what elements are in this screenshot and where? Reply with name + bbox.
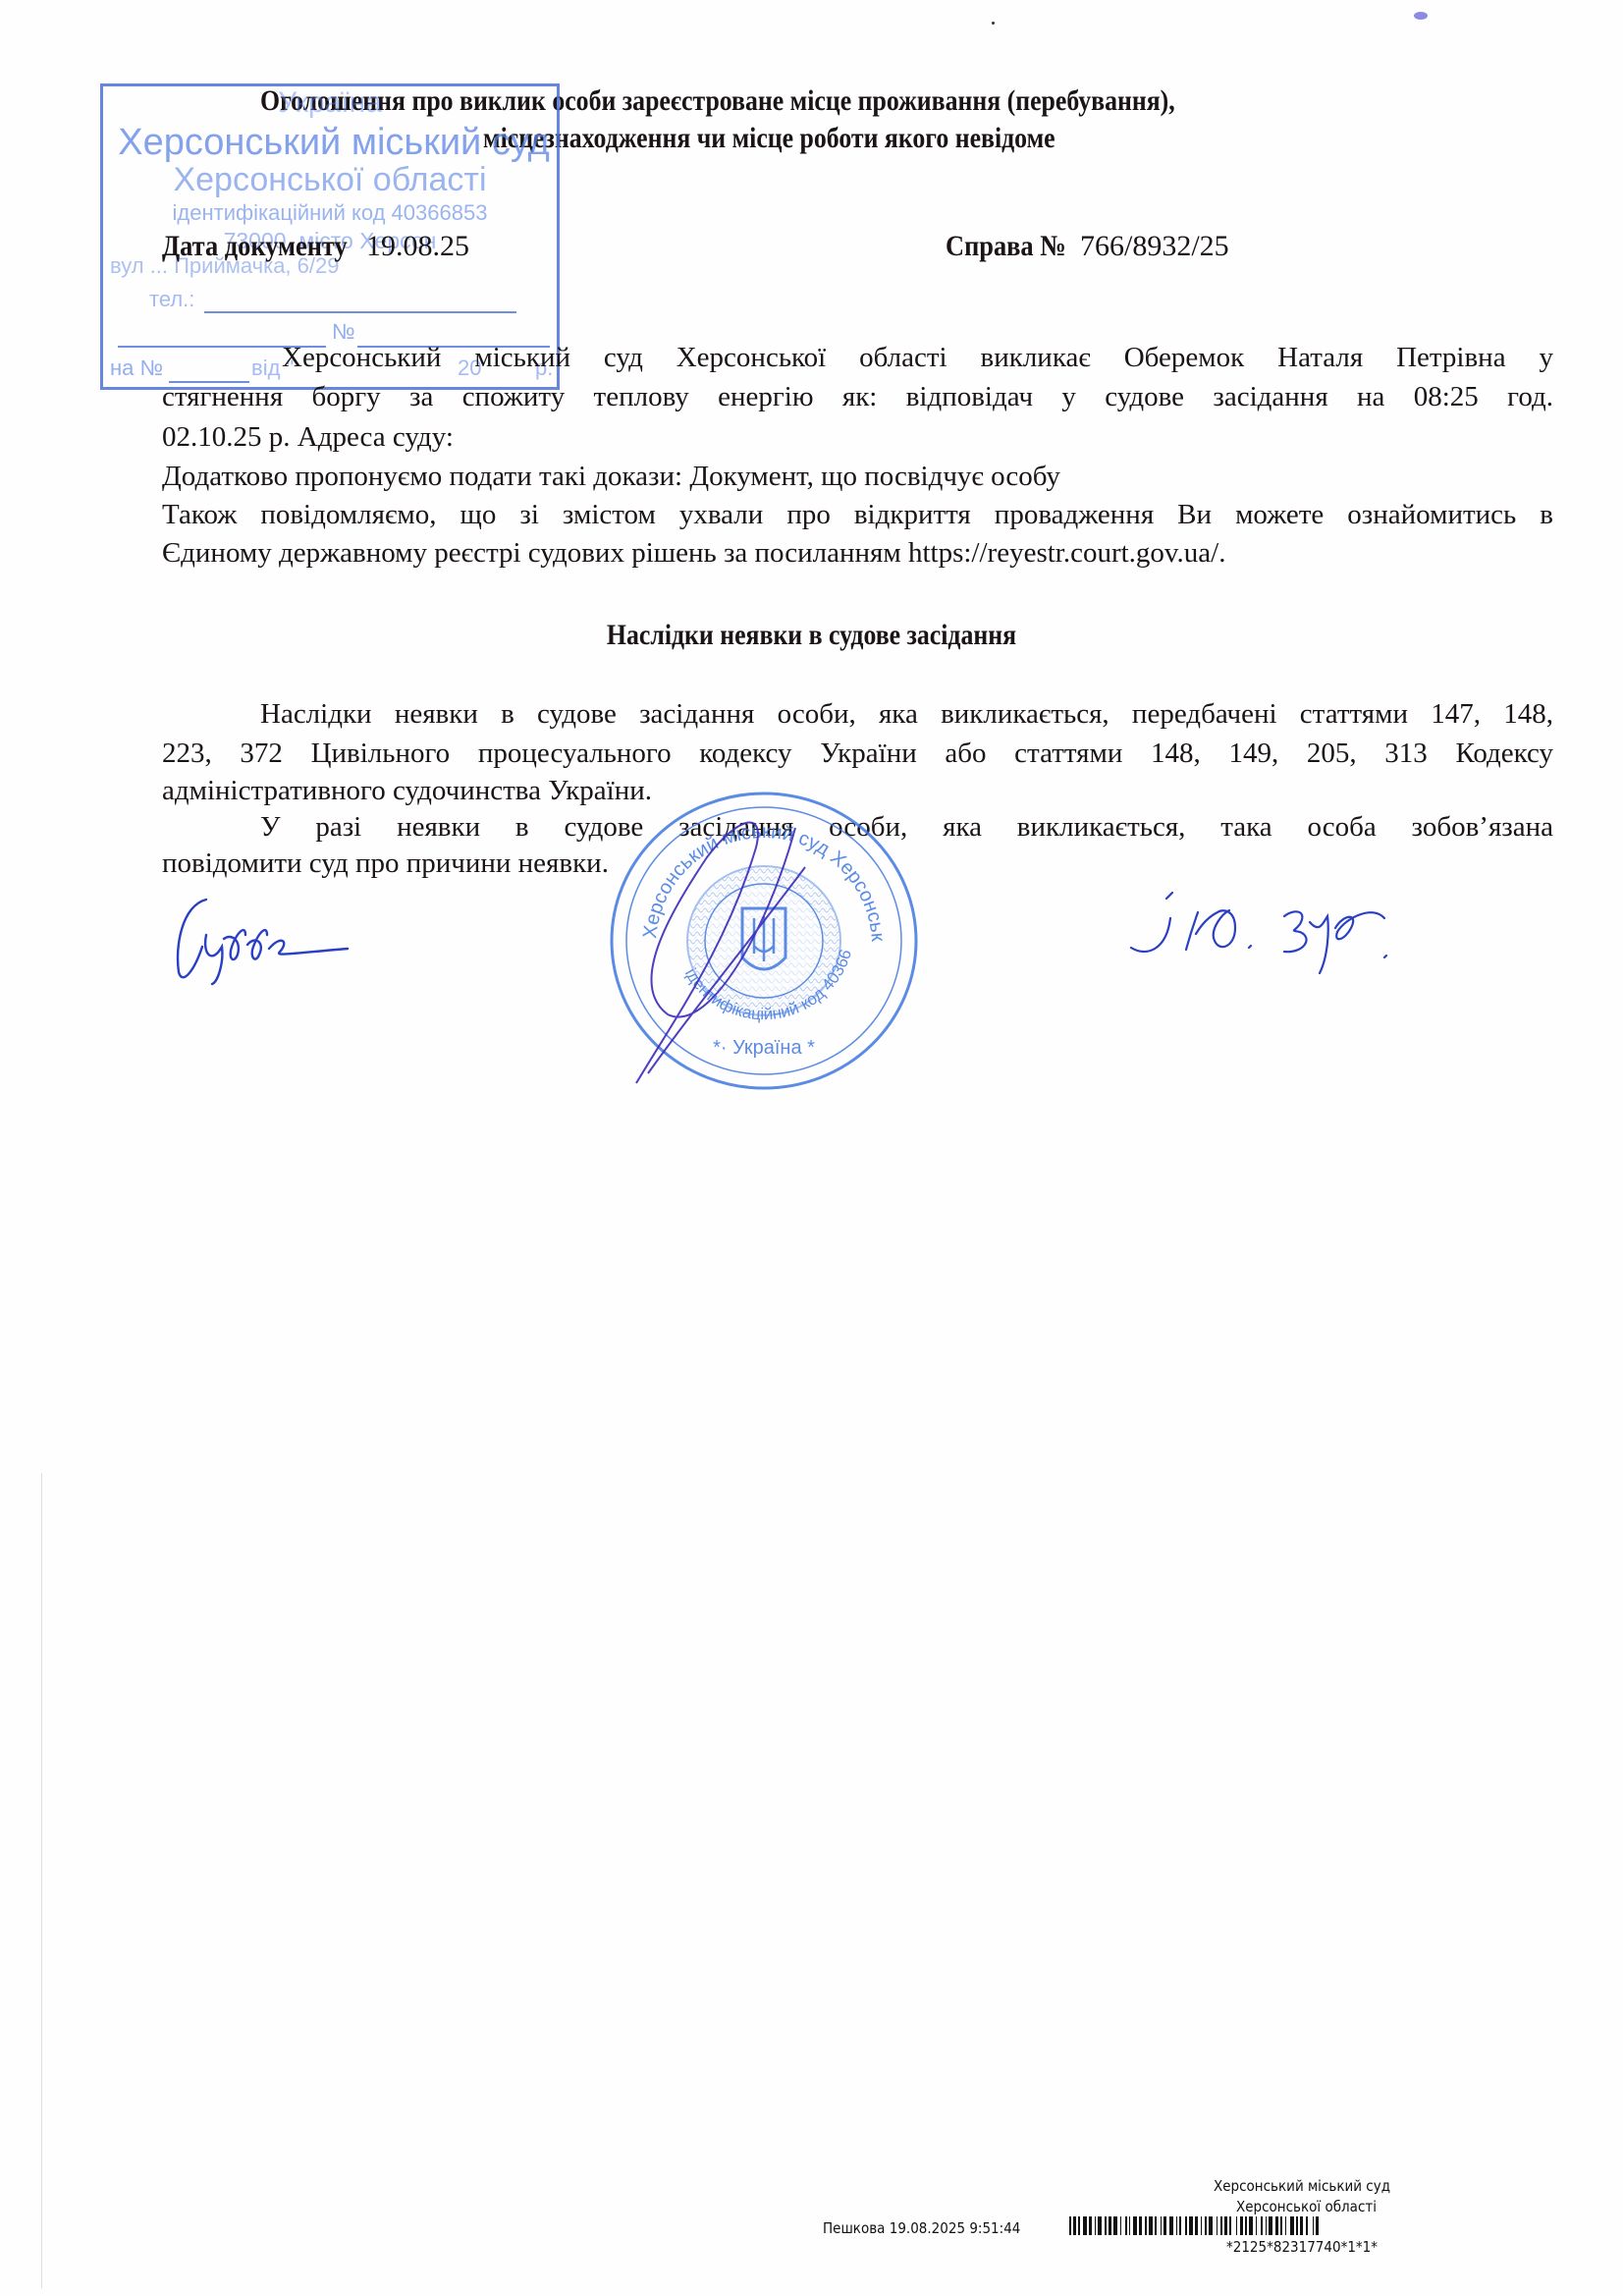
svg-text:*· Україна *: *· Україна * (713, 1037, 815, 1059)
court-seal: Херсонський міський суд Херсонської обла… (609, 789, 919, 1093)
document-page: Оголошення про виклик особи зареєстрован… (0, 0, 1623, 2296)
body-line-4: Додатково пропонуємо подати такі докази:… (162, 457, 1060, 496)
stamp-region: Херсонської області (100, 161, 560, 199)
footer-court-region: Херсонської області (1236, 2198, 1377, 2215)
consequences-line-1: Наслідки неявки в судове засідання особи… (260, 694, 1553, 734)
body-line-1: Херсонський міський суд Херсонської обла… (282, 338, 1553, 377)
stamp-phone-label: тел.: (149, 287, 194, 312)
document-title-line-2: місцезнаходження чи місце роботи якого н… (483, 122, 1055, 155)
consequences-line-5: повідомити суд про причини неявки. (162, 844, 609, 883)
stamp-phone-underline (204, 311, 516, 313)
document-date: Дата документу 19.08.25 (162, 230, 469, 263)
consequences-line-3: адміністративного судочинства України. (162, 771, 652, 810)
consequences-heading: Наслідки неявки в судове засідання (114, 619, 1510, 652)
body-line-3: 02.10.25 р. Адреса суду: (162, 417, 454, 457)
case-number-label: Справа № (946, 230, 1066, 263)
stamp-id-code: ідентифікаційний код 40366853 (100, 200, 560, 226)
barcode-bar (1319, 2216, 1322, 2235)
document-barcode (1069, 2216, 1573, 2235)
body-line-2: стягнення боргу за спожиту теплову енерг… (162, 377, 1553, 416)
scan-edge-line (41, 1473, 42, 2288)
stamp-ref-prefix: на № (110, 355, 163, 381)
footer-barcode-text: *2125*82317740*1*1* (1226, 2238, 1378, 2256)
scan-dot (992, 22, 995, 25)
footer-court-name: Херсонський міський суд (1214, 2177, 1390, 2195)
case-number: Справа № 766/8932/25 (946, 230, 1229, 263)
signature-left: Судде (173, 896, 350, 986)
body-line-5: Також повідомляємо, що зі змістом ухвали… (162, 495, 1553, 534)
footer-operator-timestamp: Пешкова 19.08.2025 9:51:44 (823, 2219, 1020, 2237)
scan-mark (1414, 12, 1428, 20)
consequences-line-2: 223, 372 Цивільного процесуального кодек… (162, 734, 1553, 773)
document-date-label: Дата документу (162, 230, 348, 263)
case-number-value: 766/8932/25 (1080, 230, 1229, 262)
document-date-value: 19.08.25 (366, 230, 469, 262)
body-line-6-registry-link: Єдиному державному реєстрі судових рішен… (162, 533, 1225, 573)
stamp-court-name: Херсонський міський суд (108, 122, 560, 164)
stamp-country: Україна (100, 86, 560, 120)
signature-right: І.Ю. Зуб. (1127, 889, 1402, 979)
